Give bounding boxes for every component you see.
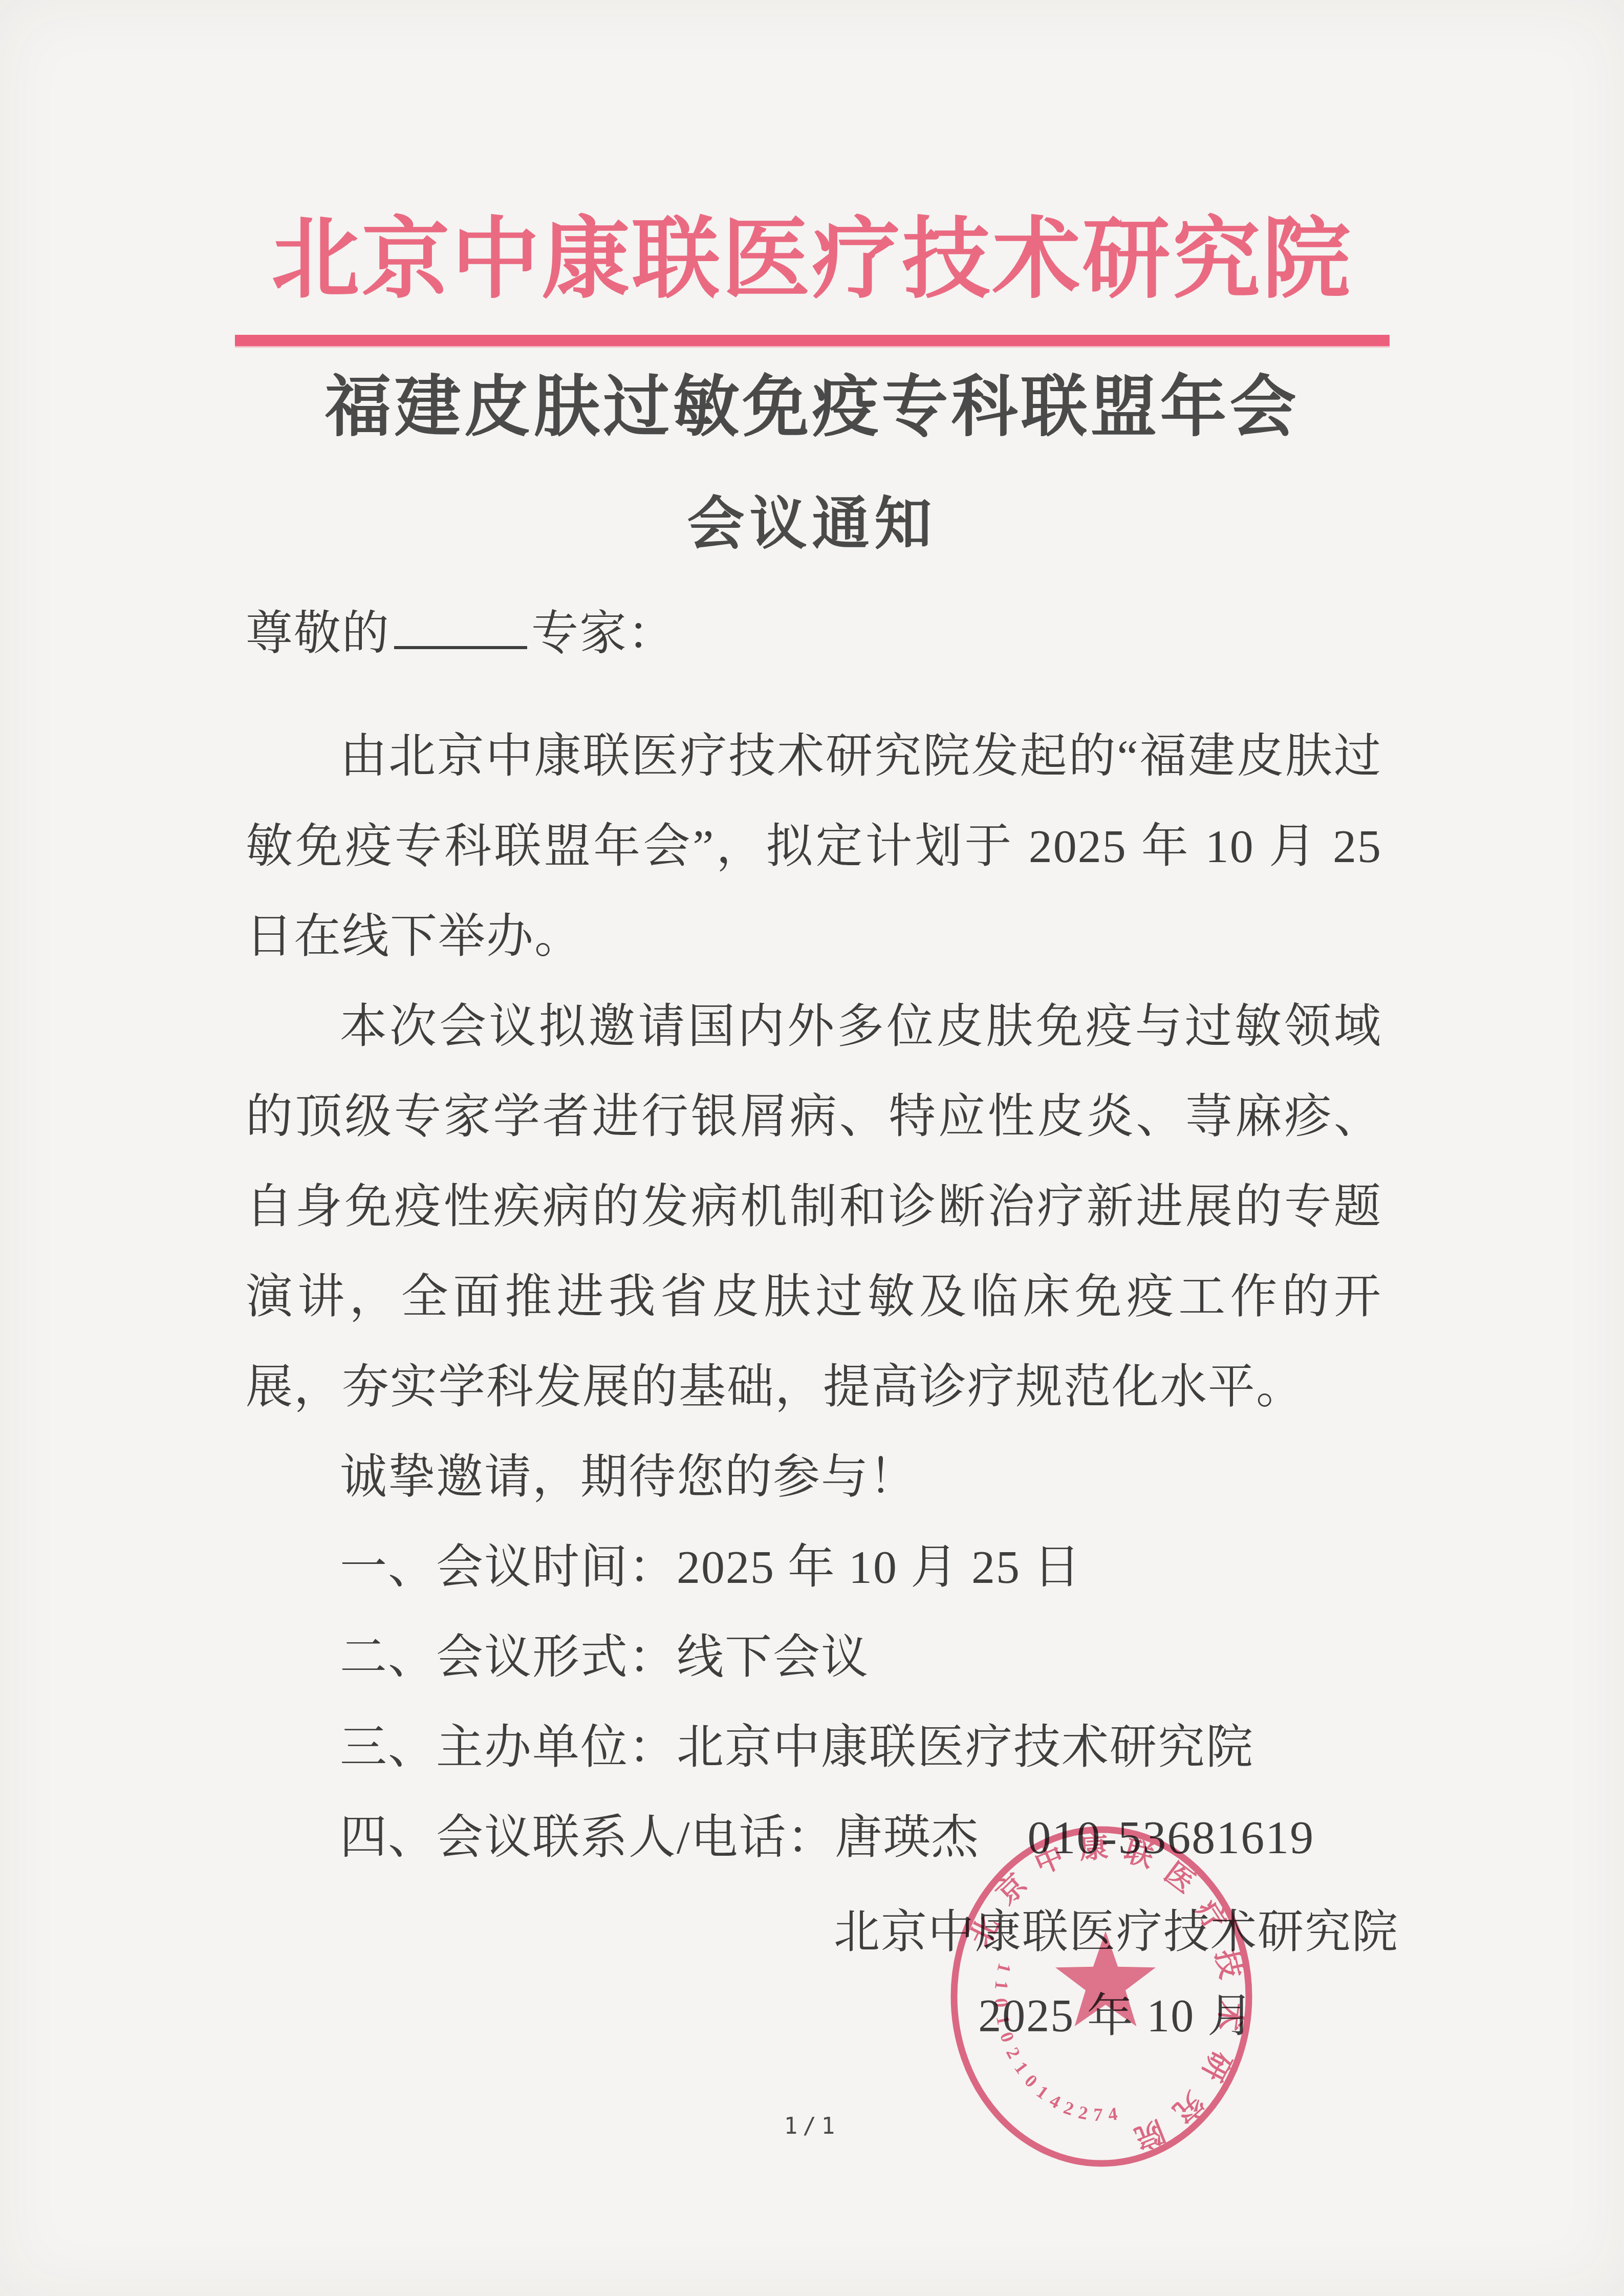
svg-text:康: 康	[1078, 1832, 1109, 1865]
svg-text:0: 0	[996, 2029, 1019, 2045]
paragraph-agenda: 本次会议拟邀请国内外多位皮肤免疫与过敏领域的顶级专家学者进行银屑病、特应性皮炎、…	[246, 981, 1382, 1432]
list-item-meeting-format: 二、会议形式：线下会议	[246, 1612, 1382, 1702]
svg-text:4: 4	[1107, 2104, 1118, 2125]
svg-text:1: 1	[991, 1980, 1012, 1991]
letterhead-rule	[235, 335, 1390, 346]
list-item-meeting-time: 一、会议时间：2025 年 10 月 25 日	[246, 1522, 1382, 1612]
letterhead-org-title: 北京中康联医疗技术研究院	[0, 0, 1624, 319]
svg-text:4: 4	[1046, 2090, 1064, 2113]
svg-text:1: 1	[993, 1961, 1015, 1975]
svg-text:2: 2	[1077, 2102, 1090, 2124]
svg-text:0: 0	[1021, 2070, 1042, 2091]
salutation-blank-underline	[394, 602, 527, 649]
svg-text:2: 2	[1061, 2097, 1076, 2120]
svg-text:7: 7	[1093, 2105, 1102, 2126]
svg-text:1: 1	[992, 2013, 1014, 2027]
salutation-line: 尊敬的专家：	[246, 588, 1382, 678]
page-number: 1/1	[0, 2113, 1624, 2139]
svg-text:2: 2	[1002, 2044, 1025, 2062]
svg-text:技: 技	[1209, 1947, 1247, 1982]
svg-text:术: 术	[1212, 2000, 1247, 2033]
salutation-prefix: 尊敬的	[246, 607, 390, 659]
star-icon	[1055, 1931, 1156, 2026]
salutation-suffix: 专家：	[531, 607, 676, 659]
list-item-organizer: 三、主办单位：北京中康联医疗技术研究院	[246, 1702, 1382, 1792]
conference-title: 福建皮肤过敏免疫专科联盟年会	[0, 364, 1624, 451]
paragraph-overview: 由北京中康联医疗技术研究院发起的“福建皮肤过敏免疫专科联盟年会”，拟定计划于 2…	[246, 711, 1382, 981]
svg-text:1: 1	[1033, 2081, 1052, 2103]
letter-body: 尊敬的专家： 由北京中康联医疗技术研究院发起的“福建皮肤过敏免疫专科联盟年会”，…	[246, 588, 1382, 1882]
invitation-line: 诚挚邀请，期待您的参与！	[246, 1432, 1382, 1522]
official-seal: 北京中康联医疗技术研究院 11010210142274	[949, 1825, 1253, 2168]
svg-text:1: 1	[1010, 2058, 1032, 2077]
svg-text:0: 0	[991, 1998, 1012, 2008]
document-page: 北京中康联医疗技术研究院 福建皮肤过敏免疫专科联盟年会 会议通知 尊敬的专家： …	[0, 0, 1624, 2296]
doc-title: 会议通知	[0, 488, 1624, 563]
